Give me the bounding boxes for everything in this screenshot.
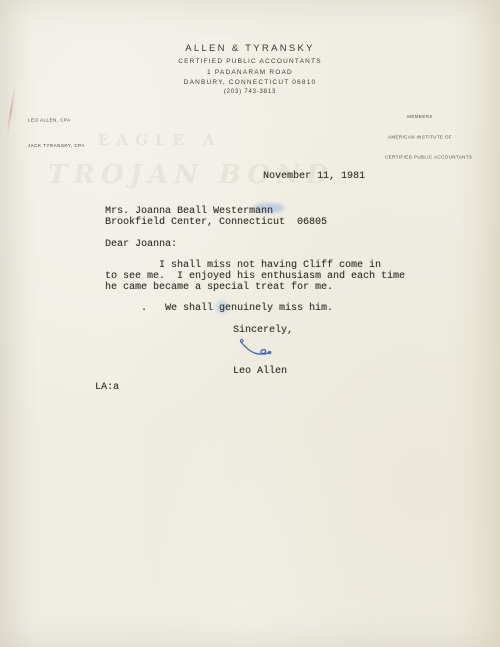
- recipient-address: Brookfield Center, Connecticut 06805: [105, 217, 327, 228]
- membership-line: MEMBERS: [385, 114, 455, 121]
- body-paragraph2: . We shall genuinely miss him.: [105, 303, 333, 314]
- partner-name: LEO ALLEN, CPA: [28, 116, 85, 125]
- letter-date: November 11, 1981: [263, 171, 365, 182]
- firm-subtitle: CERTIFIED PUBLIC ACCOUNTANTS: [0, 58, 500, 65]
- scanned-letter-page: EAGLE A TROJAN BOND ALLEN & TYRANSKY CER…: [0, 0, 500, 647]
- membership-line: AMERICAN INSTITUTE OF: [385, 134, 455, 141]
- body-paragraph1-line2: to see me. I enjoyed his enthusiasm and …: [105, 271, 405, 282]
- membership-block: MEMBERS AMERICAN INSTITUTE OF CERTIFIED …: [385, 100, 455, 174]
- firm-street-address: 1 PADANARAM ROAD: [0, 69, 500, 76]
- body-paragraph1-line3: he came became a special treat for me.: [105, 282, 333, 293]
- recipient-name: Mrs. Joanna Beall Westermann: [105, 206, 273, 217]
- membership-line: CERTIFIED PUBLIC ACCOUNTANTS: [385, 154, 455, 161]
- firm-city-address: DANBURY, CONNECTICUT 06810: [0, 79, 500, 86]
- firm-phone: (203) 743-3813: [0, 89, 500, 95]
- signer-name: Leo Allen: [233, 366, 287, 377]
- body-paragraph1-line1: I shall miss not having Cliff come in: [105, 260, 381, 271]
- firm-name: ALLEN & TYRANSKY: [0, 43, 500, 54]
- partner-names-block: LEO ALLEN, CPA JACK TYRANSKY, CPA: [28, 99, 85, 167]
- partner-name: JACK TYRANSKY, CPA: [28, 142, 85, 151]
- valediction: Sincerely,: [233, 325, 293, 336]
- handwritten-signature: [236, 338, 274, 360]
- paper-watermark-line1: EAGLE A: [98, 131, 222, 149]
- reference-initials: LA:a: [95, 382, 119, 393]
- salutation: Dear Joanna:: [105, 239, 177, 250]
